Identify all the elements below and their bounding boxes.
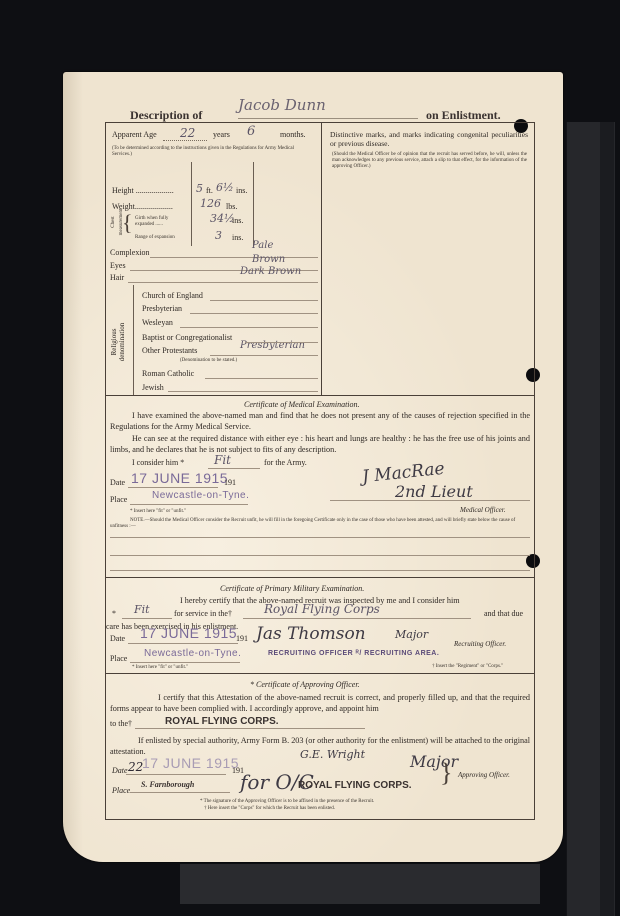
military-date-line <box>128 643 238 644</box>
weight-value: 126 <box>200 197 221 210</box>
medical-unfit-note: NOTE.—Should the Medical Officer conside… <box>110 518 530 530</box>
approving-date-value: 17 JUNE 1915 <box>142 755 239 771</box>
medical-place-label: Place <box>110 495 127 504</box>
ft-label: ft. <box>206 186 213 195</box>
military-insert-note-left: * Insert here "fit" or "unfit." <box>132 665 188 670</box>
years-label: years <box>213 130 230 139</box>
approving-footnote-1: * The signature of the Approving Officer… <box>200 799 374 804</box>
approving-officer-label: Approving Officer. <box>458 771 510 779</box>
age-months-value: 6 <box>247 124 255 139</box>
eyes-label: Eyes <box>110 261 126 270</box>
approving-place-label: Place <box>112 786 130 795</box>
service-value: Royal Flying Corps <box>264 602 380 616</box>
background-document-stack-bottom <box>180 864 540 904</box>
military-place-line <box>130 662 240 663</box>
approving-officer-signature: G.E. Wright <box>300 748 365 761</box>
military-year-prefix: 191 <box>236 634 248 643</box>
age-years-line <box>163 140 207 141</box>
header-prefix: Description of <box>130 108 202 123</box>
religion-line-4 <box>245 342 318 343</box>
divider-measure-col2 <box>253 162 254 246</box>
military-date-value: 17 JUNE 1915 <box>140 625 237 641</box>
divider-military-bottom <box>105 673 535 674</box>
religion-presbyterian: Presbyterian <box>142 304 182 313</box>
religion-baptist: Baptist or Congregationalist <box>142 333 232 342</box>
consider-prefix: I consider him * <box>132 458 184 467</box>
religion-line-1 <box>210 300 318 301</box>
medical-date-line <box>128 487 218 488</box>
apparent-age-label: Apparent Age <box>112 130 157 139</box>
medical-place-value: Newcastle-on-Tyne. <box>152 490 249 501</box>
recruiting-area-stamp: RECRUITING OFFICER ᴿ/ RECRUITING AREA. <box>268 650 439 657</box>
medical-date-label: Date <box>110 478 125 487</box>
religion-line-2 <box>190 313 318 314</box>
military-place-value: Newcastle-on-Tyne. <box>144 648 241 659</box>
hair-label: Hair <box>110 273 124 282</box>
girth-value: 34½ <box>210 212 235 225</box>
approving-certificate-para1: I certify that this Attestation of the a… <box>110 692 530 714</box>
hair-value: Dark Brown <box>240 266 301 277</box>
range-label: Range of expansion <box>135 235 175 240</box>
divider-measure-col <box>191 162 192 246</box>
recruiting-officer-label: Recruiting Officer. <box>454 640 506 648</box>
height-ft-value: 5 <box>196 182 203 195</box>
military-place-label: Place <box>110 654 127 663</box>
approving-date-line <box>126 774 226 775</box>
unfitness-line-1 <box>110 537 530 538</box>
recruiting-officer-rank: Major <box>395 628 428 641</box>
unfitness-line-2 <box>110 555 530 556</box>
religion-line-5 <box>210 355 318 356</box>
distinctive-marks-heading: Distinctive marks, and marks indicating … <box>330 130 528 148</box>
medical-year-prefix: 191 <box>224 478 236 487</box>
consider-line <box>208 468 260 469</box>
divider-description-bottom <box>105 395 535 396</box>
divider-description-vertical <box>321 122 322 395</box>
religion-line-6 <box>205 378 318 379</box>
religion-wesleyan: Wesleyan <box>142 318 173 327</box>
complexion-line <box>150 257 318 258</box>
age-note: (To be determined according to the instr… <box>112 146 312 158</box>
approving-brace: } <box>440 758 452 788</box>
range-ins-label: ins. <box>232 233 243 242</box>
medical-place-line <box>130 504 248 505</box>
background-document-stack-edge <box>600 122 614 916</box>
ins-label: ins. <box>236 186 247 195</box>
header-suffix: on Enlistment. <box>426 108 501 123</box>
distinctive-marks-note: (Should the Medical Officer be of opinio… <box>332 152 527 170</box>
complexion-value: Pale <box>252 240 273 251</box>
medical-officer-signature-2: 2nd Lieut <box>395 482 473 501</box>
medical-signature-line <box>330 500 530 501</box>
eyes-value: Brown <box>252 254 285 265</box>
approving-date-handwritten: 22 <box>128 760 143 774</box>
due-label: and that due <box>484 609 523 618</box>
religion-line-7 <box>168 391 318 392</box>
medical-certificate-para1: I have examined the above-named man and … <box>110 410 530 432</box>
medical-certificate-title: Certificate of Medical Examination. <box>244 400 360 409</box>
religion-other-protestants: Other Protestants <box>142 346 197 355</box>
divider-medical-bottom <box>105 577 535 578</box>
consider-suffix: for the Army. <box>264 458 307 467</box>
medical-certificate-para2: He can see at the required distance with… <box>110 433 530 455</box>
military-fit-value: Fit <box>134 603 150 616</box>
approving-place-line <box>130 792 230 793</box>
months-label: months. <box>280 130 306 139</box>
approving-certificate-title: * Certificate of Approving Officer. <box>250 680 360 689</box>
approving-place-value: S. Farnborough <box>141 780 194 789</box>
lbs-label: lbs. <box>226 202 237 211</box>
military-date-label: Date <box>110 634 125 643</box>
religion-jewish: Jewish <box>142 383 164 392</box>
unfitness-line-3 <box>110 570 530 571</box>
corps-stamp: ROYAL FLYING CORPS. <box>298 780 412 791</box>
appointed-corps: ROYAL FLYING CORPS. <box>165 716 279 727</box>
recruit-name: Jacob Dunn <box>238 96 418 119</box>
medical-insert-note: * Insert here "fit" or "unfit." <box>130 509 186 514</box>
religion-church-of-england: Church of England <box>142 291 203 300</box>
religion-roman-catholic: Roman Catholic <box>142 369 194 378</box>
height-label: Height ................... <box>112 186 174 195</box>
girth-label: Girth when fully expanded ...... <box>135 216 187 228</box>
military-fit-line <box>122 618 172 619</box>
girth-ins-label: ins. <box>232 216 243 225</box>
medical-date-value: 17 JUNE 1915 <box>131 470 228 486</box>
to-the-line <box>135 728 365 729</box>
service-label: for service in the† <box>174 609 232 618</box>
complexion-label: Complexion <box>110 248 150 257</box>
military-certificate-title: Certificate of Primary Military Examinat… <box>220 584 364 593</box>
height-in-value: 6½ <box>216 181 234 194</box>
approving-footnote-2: † Here insert the "Corps" for which the … <box>204 806 335 811</box>
medical-officer-label: Medical Officer. <box>460 506 506 514</box>
military-insert-note-right: † Insert the "Regiment" or "Corps." <box>432 664 503 669</box>
age-years-value: 22 <box>180 126 195 140</box>
military-fit-marker: * <box>112 609 116 618</box>
religion-line-3 <box>180 327 318 328</box>
chest-brace: { <box>122 210 133 236</box>
recruiting-officer-signature: Jas Thomson <box>256 624 366 644</box>
range-value: 3 <box>215 229 222 242</box>
hair-line <box>128 282 318 283</box>
divider-religion-left <box>133 285 134 395</box>
to-the-label: to the† <box>110 719 132 728</box>
denomination-note: (Denomination to be stated.) <box>180 358 237 363</box>
religious-denomination-label: Religious denomination <box>110 312 126 372</box>
service-line <box>243 618 471 619</box>
medical-fitness-value: Fit <box>214 453 231 467</box>
